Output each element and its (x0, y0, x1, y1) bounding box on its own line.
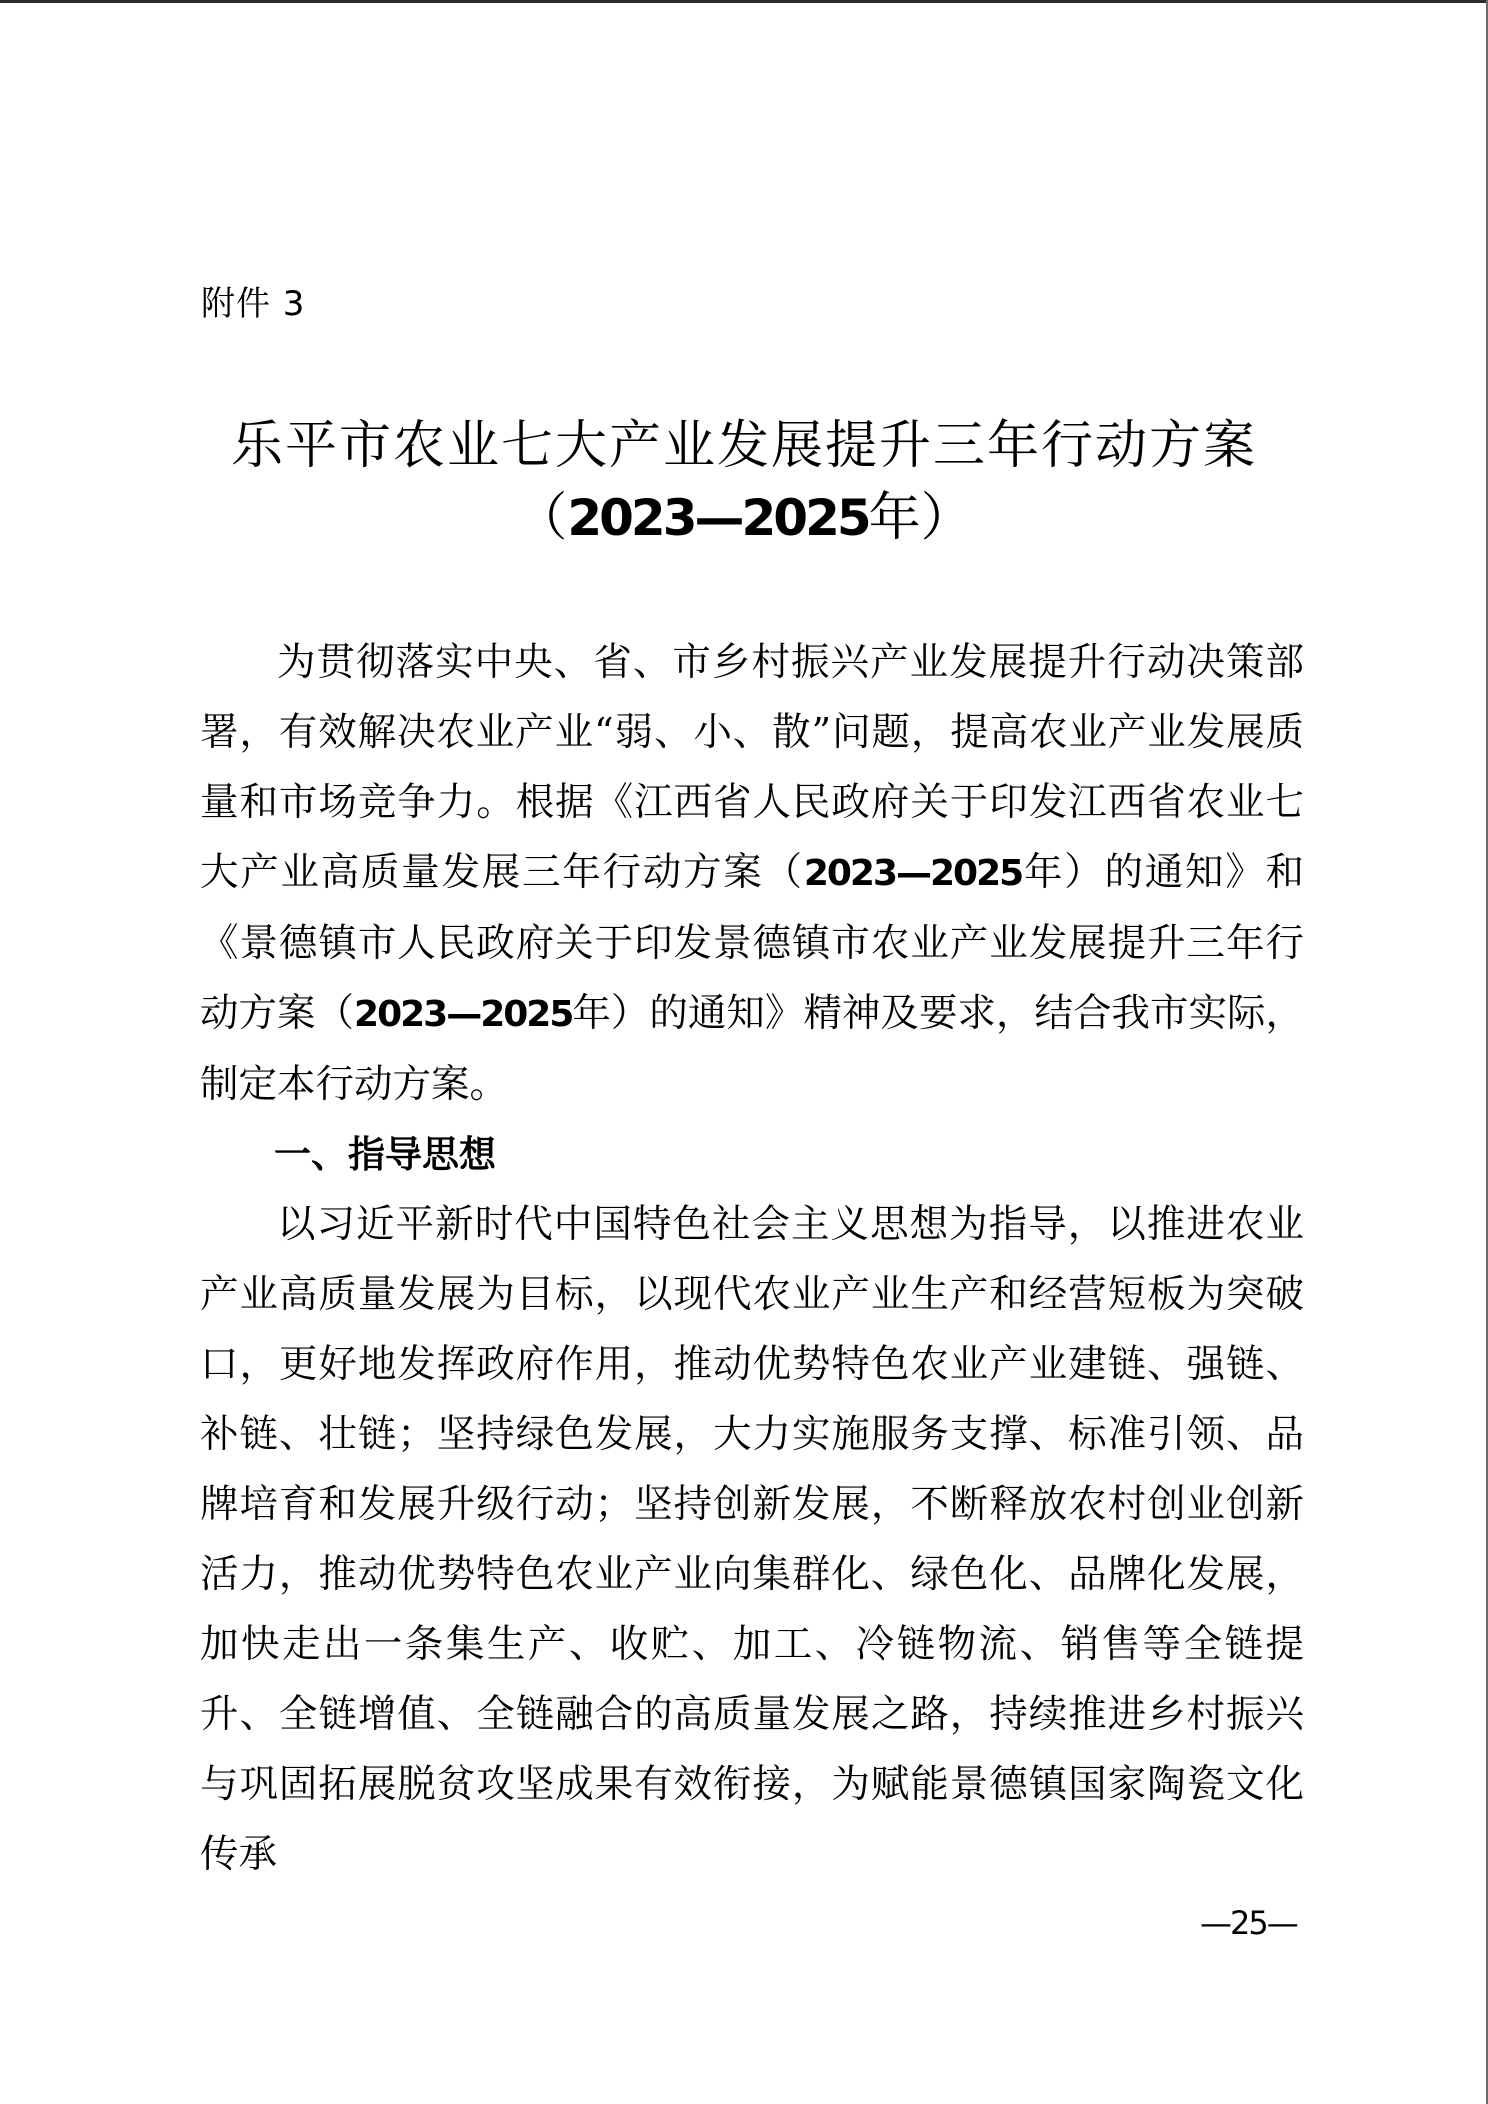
title-year-suffix: 年） (869, 488, 973, 548)
page-number: —25— (1200, 1900, 1297, 1946)
title-open-paren: （ (515, 488, 567, 548)
page-top-border (0, 0, 1488, 3)
intro-year-range-2: 2023—2025 (354, 994, 572, 1035)
attachment-label: 附件 3 (201, 282, 305, 326)
section-heading-guiding-ideology: 一、指导思想 (200, 1120, 1304, 1190)
section-paragraph-guiding-ideology: 以习近平新时代中国特色社会主义思想为指导，以推进农业产业高质量发展为目标，以现代… (200, 1190, 1304, 1890)
document-title-years: （2023—2025年） (0, 482, 1488, 554)
intro-paragraph: 为贯彻落实中央、省、市乡村振兴产业发展提升行动决策部署，有效解决农业产业“弱、小… (200, 628, 1304, 1120)
document-body: 为贯彻落实中央、省、市乡村振兴产业发展提升行动决策部署，有效解决农业产业“弱、小… (200, 628, 1304, 1890)
intro-year-range-1: 2023—2025 (804, 853, 1022, 894)
document-title: 乐平市农业七大产业发展提升三年行动方案 (0, 410, 1488, 482)
title-year-range: 2023—2025 (567, 489, 868, 547)
